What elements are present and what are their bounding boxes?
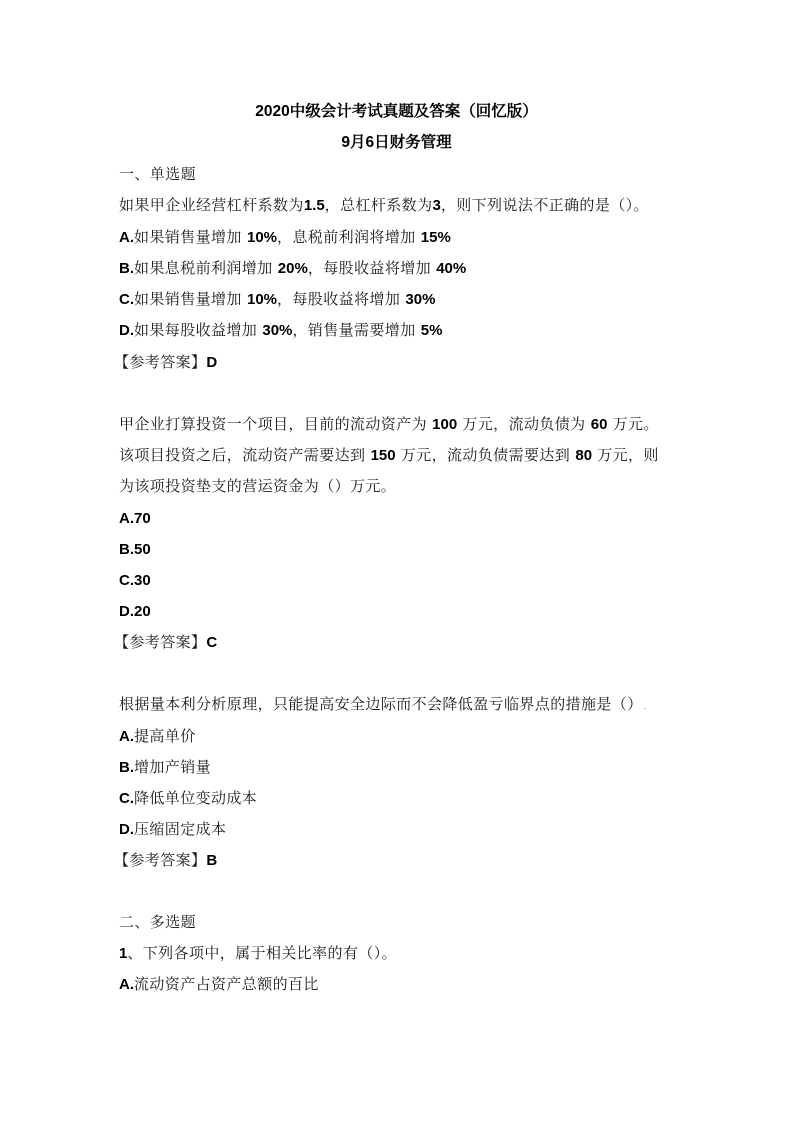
answer-label: 【参考答案】	[114, 633, 206, 651]
option-label: C.	[119, 291, 134, 308]
option-text: ，销售量需要增加	[292, 321, 420, 339]
stem-number: 1.5	[304, 197, 325, 214]
option-d: D.压缩固定成本	[119, 819, 226, 840]
question-stem: 1、下列各项中，属于相关比率的有（）。	[119, 943, 397, 964]
option-c: C.如果销售量增加 10%，每股收益将增加 30%	[119, 289, 435, 310]
option-label: B.	[119, 260, 134, 277]
stem-number: 60	[591, 416, 608, 433]
stem-number: 150	[371, 447, 396, 464]
option-number: 10%	[247, 229, 277, 246]
stem-number: 100	[432, 416, 457, 433]
document-title: 2020中级会计考试真题及答案（回忆版）	[0, 102, 793, 122]
option-a: A.流动资产占资产总额的百比	[119, 974, 319, 995]
stem-text: 如果甲企业经营杠杆系数为	[119, 196, 304, 214]
option-a: A.提高单价	[119, 726, 196, 747]
option-label: A.	[119, 976, 134, 993]
option-label: D.	[119, 603, 134, 620]
stem-text: 甲企业打算投资一个项目，目前的流动资产为	[119, 415, 432, 433]
document-subtitle: 9月6日财务管理	[0, 133, 793, 153]
option-b: B.50	[119, 539, 151, 560]
option-c: C.30	[119, 570, 151, 591]
option-text: ，每股收益将增加	[308, 259, 436, 277]
question-stem: 如果甲企业经营杠杆系数为1.5，总杠杆系数为3，则下列说法不正确的是（）。	[119, 195, 649, 216]
option-text: 增加产销量	[134, 758, 211, 776]
option-text: 流动资产占资产总额的百比	[134, 975, 319, 993]
question-stem-line: 甲企业打算投资一个项目，目前的流动资产为 100 万元，流动负债为 60 万元。	[119, 414, 659, 435]
answer-value: D	[206, 354, 217, 371]
option-label: A.	[119, 728, 134, 745]
option-number: 30%	[405, 291, 435, 308]
option-label: A.	[119, 510, 134, 527]
option-label: D.	[119, 821, 134, 838]
option-b: B.如果息税前利润增加 20%，每股收益将增加 40%	[119, 258, 466, 279]
stem-text: 、下列各项中，属于相关比率的有（）。	[127, 944, 397, 962]
option-text: 如果销售量增加	[134, 290, 247, 308]
option-a: A.如果销售量增加 10%，息税前利润将增加 15%	[119, 227, 451, 248]
section-heading-multiple-choice: 二、多选题	[119, 912, 196, 932]
option-number: 5%	[421, 322, 443, 339]
option-number: 15%	[421, 229, 451, 246]
stem-text: 万元，则	[592, 446, 659, 464]
option-text: 如果息税前利润增加	[134, 259, 278, 277]
stem-text: 万元，流动负债为	[457, 415, 591, 433]
option-text: 如果销售量增加	[134, 228, 247, 246]
option-label: C.	[119, 790, 134, 807]
reference-answer: 【参考答案】B	[114, 850, 217, 871]
document-page: 2020中级会计考试真题及答案（回忆版） 9月6日财务管理 一、单选题 如果甲企…	[0, 0, 793, 1122]
stem-text: ，总杠杆系数为	[325, 196, 433, 214]
answer-label: 【参考答案】	[114, 851, 206, 869]
option-text: ，每股收益将增加	[277, 290, 405, 308]
option-d: D.如果每股收益增加 30%，销售量需要增加 5%	[119, 320, 442, 341]
stem-text: 为该项投资垫支的营运资金为（）万元。	[119, 477, 396, 495]
option-text: 50	[134, 541, 151, 558]
option-text: ，息税前利润将增加	[277, 228, 421, 246]
stem-number: 3	[432, 197, 440, 214]
option-c: C.降低单位变动成本	[119, 788, 257, 809]
option-text: 20	[134, 603, 151, 620]
option-label: C.	[119, 572, 134, 589]
option-label: D.	[119, 322, 134, 339]
option-b: B.增加产销量	[119, 757, 211, 778]
option-number: 10%	[247, 291, 277, 308]
answer-value: C	[206, 634, 217, 651]
section-heading-single-choice: 一、单选题	[119, 164, 196, 184]
stem-number: 80	[575, 447, 592, 464]
reference-answer: 【参考答案】D	[114, 352, 217, 373]
stem-text: 万元，流动负债需要达到	[396, 446, 576, 464]
question-stem-line: 为该项投资垫支的营运资金为（）万元。	[119, 476, 396, 496]
option-label: B.	[119, 541, 134, 558]
option-d: D.20	[119, 601, 151, 622]
reference-answer: 【参考答案】C	[114, 632, 217, 653]
option-text: 压缩固定成本	[134, 820, 226, 838]
option-text: 降低单位变动成本	[134, 789, 257, 807]
question-stem-line: 该项目投资之后，流动资产需要达到 150 万元，流动负债需要达到 80 万元，则	[119, 445, 659, 466]
option-a: A.70	[119, 508, 151, 529]
option-number: 20%	[278, 260, 308, 277]
stem-text: 万元。	[607, 415, 658, 433]
option-number: 30%	[262, 322, 292, 339]
option-label: A.	[119, 229, 134, 246]
option-text: 30	[134, 572, 151, 589]
question-stem: 根据量本利分析原理，只能提高安全边际而不会降低盈亏临界点的措施是（）.	[119, 694, 648, 714]
stem-text: ，则下列说法不正确的是（）。	[441, 196, 649, 214]
option-text: 提高单价	[134, 727, 196, 745]
option-label: B.	[119, 759, 134, 776]
option-text: 70	[134, 510, 151, 527]
option-text: 如果每股收益增加	[134, 321, 262, 339]
option-number: 40%	[436, 260, 466, 277]
answer-label: 【参考答案】	[114, 353, 206, 371]
stem-text: 该项目投资之后，流动资产需要达到	[119, 446, 371, 464]
answer-value: B	[206, 852, 217, 869]
